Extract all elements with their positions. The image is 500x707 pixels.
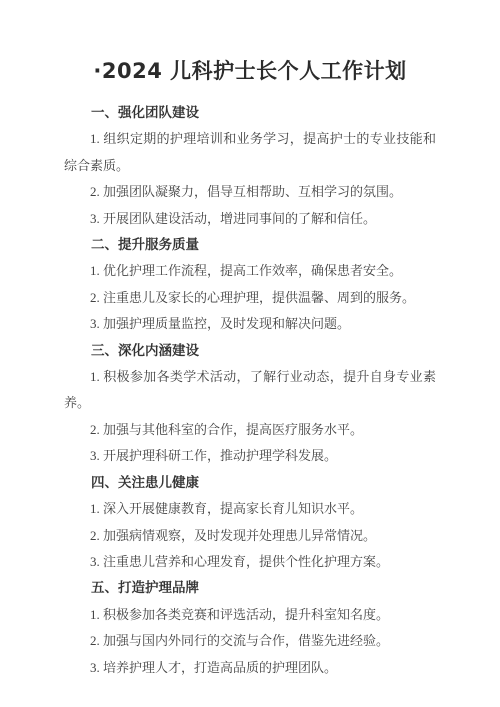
list-item: 2. 加强与国内外同行的交流与合作，借鉴先进经验。	[64, 628, 436, 654]
document-title: ·2024 儿科护士长个人工作计划	[64, 56, 436, 86]
section-heading: 四、关注患儿健康	[64, 470, 436, 496]
section-heading: 一、强化团队建设	[64, 100, 436, 126]
section-service-quality: 二、提升服务质量 1. 优化护理工作流程，提高工作效率，确保患者安全。 2. 注…	[64, 232, 436, 338]
list-item: 2. 注重患儿及家长的心理护理，提供温馨、周到的服务。	[64, 285, 436, 311]
list-item: 1. 组织定期的护理培训和业务学习，提高护士的专业技能和综合素质。	[64, 126, 436, 179]
list-item: 2. 加强病情观察，及时发现并处理患儿异常情况。	[64, 523, 436, 549]
list-item: 3. 培养护理人才，打造高品质的护理团队。	[64, 655, 436, 681]
list-item: 3. 加强护理质量监控，及时发现和解决问题。	[64, 311, 436, 337]
list-item: 1. 优化护理工作流程，提高工作效率，确保患者安全。	[64, 258, 436, 284]
list-item: 3. 开展团队建设活动，增进同事间的了解和信任。	[64, 206, 436, 232]
section-child-health: 四、关注患儿健康 1. 深入开展健康教育，提高家长育儿知识水平。 2. 加强病情…	[64, 470, 436, 576]
document-body: 一、强化团队建设 1. 组织定期的护理培训和业务学习，提高护士的专业技能和综合素…	[64, 100, 436, 681]
section-heading: 二、提升服务质量	[64, 232, 436, 258]
section-nursing-brand: 五、打造护理品牌 1. 积极参加各类竞赛和评选活动，提升科室知名度。 2. 加强…	[64, 575, 436, 681]
section-connotation-building: 三、深化内涵建设 1. 积极参加各类学术活动，了解行业动态，提升自身专业素养。 …	[64, 338, 436, 470]
list-item: 1. 积极参加各类学术活动，了解行业动态，提升自身专业素养。	[64, 364, 436, 417]
list-item: 3. 开展护理科研工作，推动护理学科发展。	[64, 443, 436, 469]
list-item: 1. 深入开展健康教育，提高家长育儿知识水平。	[64, 496, 436, 522]
list-item: 2. 加强团队凝聚力，倡导互相帮助、互相学习的氛围。	[64, 179, 436, 205]
section-team-building: 一、强化团队建设 1. 组织定期的护理培训和业务学习，提高护士的专业技能和综合素…	[64, 100, 436, 232]
list-item: 1. 积极参加各类竞赛和评选活动，提升科室知名度。	[64, 602, 436, 628]
list-item: 2. 加强与其他科室的合作，提高医疗服务水平。	[64, 417, 436, 443]
section-heading: 三、深化内涵建设	[64, 338, 436, 364]
section-heading: 五、打造护理品牌	[64, 575, 436, 601]
list-item: 3. 注重患儿营养和心理发育，提供个性化护理方案。	[64, 549, 436, 575]
document-page: ·2024 儿科护士长个人工作计划 一、强化团队建设 1. 组织定期的护理培训和…	[0, 0, 500, 707]
